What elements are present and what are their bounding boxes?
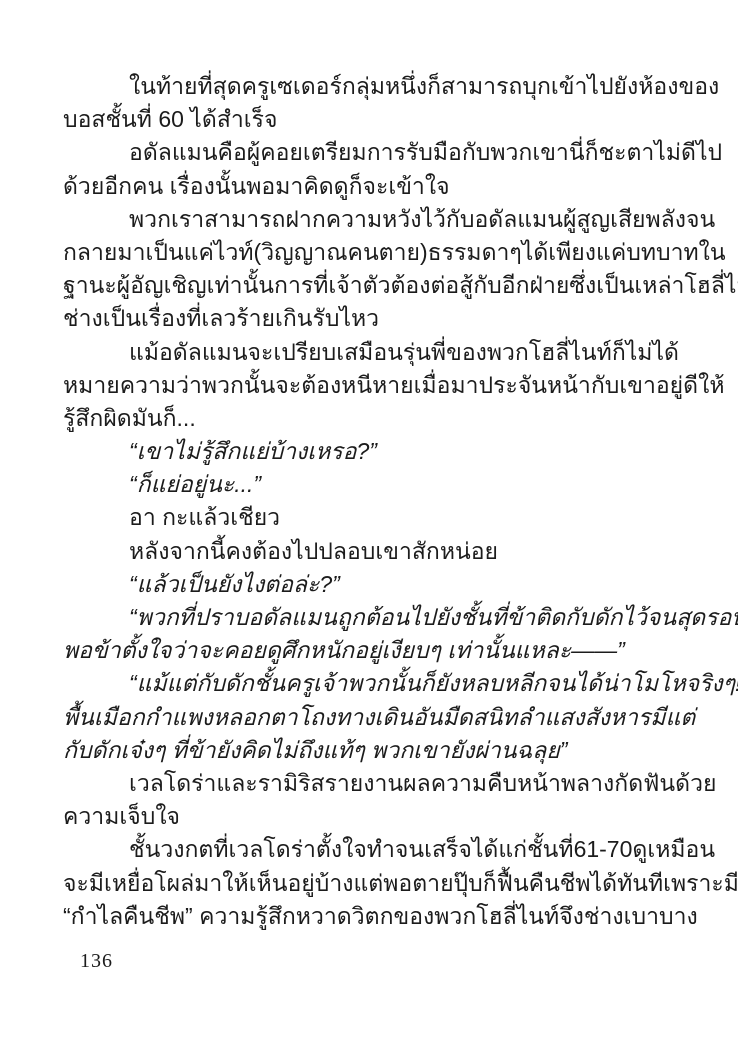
text-line: ในท้ายที่สุดครูเซเดอร์กลุ่มหนึ่งก็สามารถ… [63,70,676,103]
text-line: อา กะแล้วเชียว [63,501,676,534]
text-line: กลายมาเป็นแค่ไวท์(วิญญาณคนตาย)ธรรมดาๆได้… [63,236,676,269]
text-line: “แล้วเป็นยังไงต่อล่ะ?” [63,568,676,601]
page-number: 136 [80,950,113,973]
text-line: “พวกที่ปราบอดัลแมนถูกต้อนไปยังชั้นที่ข้า… [63,601,676,634]
page-text: ในท้ายที่สุดครูเซเดอร์กลุ่มหนึ่งก็สามารถ… [63,70,676,933]
text-line: จะมีเหยื่อโผล่มาให้เห็นอยู่บ้างแต่พอตายป… [63,867,676,900]
text-line: พอข้าตั้งใจว่าจะคอยดูศึกหนักอยู่เงียบๆ เ… [63,634,676,667]
text-line: หลังจากนี้คงต้องไปปลอบเขาสักหน่อย [63,535,676,568]
book-page: ในท้ายที่สุดครูเซเดอร์กลุ่มหนึ่งก็สามารถ… [0,0,738,1051]
text-line: ความเจ็บใจ [63,800,676,833]
text-line: ฐานะผู้อัญเชิญเท่านั้นการที่เจ้าตัวต้องต… [63,269,676,302]
text-line: หมายความว่าพวกนั้นจะต้องหนีหายเมื่อมาประ… [63,369,676,402]
text-line: ด้วยอีกคน เรื่องนั้นพอมาคิดดูก็จะเข้าใจ [63,170,676,203]
text-line: อดัลแมนคือผู้คอยเตรียมการรับมือกับพวกเขา… [63,136,676,169]
text-line: “เขาไม่รู้สึกแย่บ้างเหรอ?” [63,435,676,468]
text-line: ชั้นวงกตที่เวลโดร่าตั้งใจทำจนเสร็จได้แก่… [63,833,676,866]
text-line: “แม้แต่กับดักชั้นครูเจ้าพวกนั้นก็ยังหลบห… [63,667,676,700]
text-line: “กำไลคืนชีพ” ความรู้สึกหวาดวิตกของพวกโฮล… [63,900,676,933]
text-line: พื้นเมือกกำแพงหลอกตาโถงทางเดินอันมืดสนิท… [63,701,676,734]
text-line: แม้อดัลแมนจะเปรียบเสมือนรุ่นพี่ของพวกโฮล… [63,336,676,369]
text-line: พวกเราสามารถฝากความหวังไว้กับอดัลแมนผู้ส… [63,203,676,236]
text-line: รู้สึกผิดมันก็... [63,402,676,435]
text-line: “ก็แย่อยู่นะ...” [63,468,676,501]
text-line: กับดักเจ๋งๆ ที่ข้ายังคิดไม่ถึงแท้ๆ พวกเข… [63,734,676,767]
text-line: ช่างเป็นเรื่องที่เลวร้ายเกินรับไหว [63,302,676,335]
text-line: บอสชั้นที่ 60 ได้สำเร็จ [63,103,676,136]
text-line: เวลโดร่าและรามิริสรายงานผลความคืบหน้าพลา… [63,767,676,800]
